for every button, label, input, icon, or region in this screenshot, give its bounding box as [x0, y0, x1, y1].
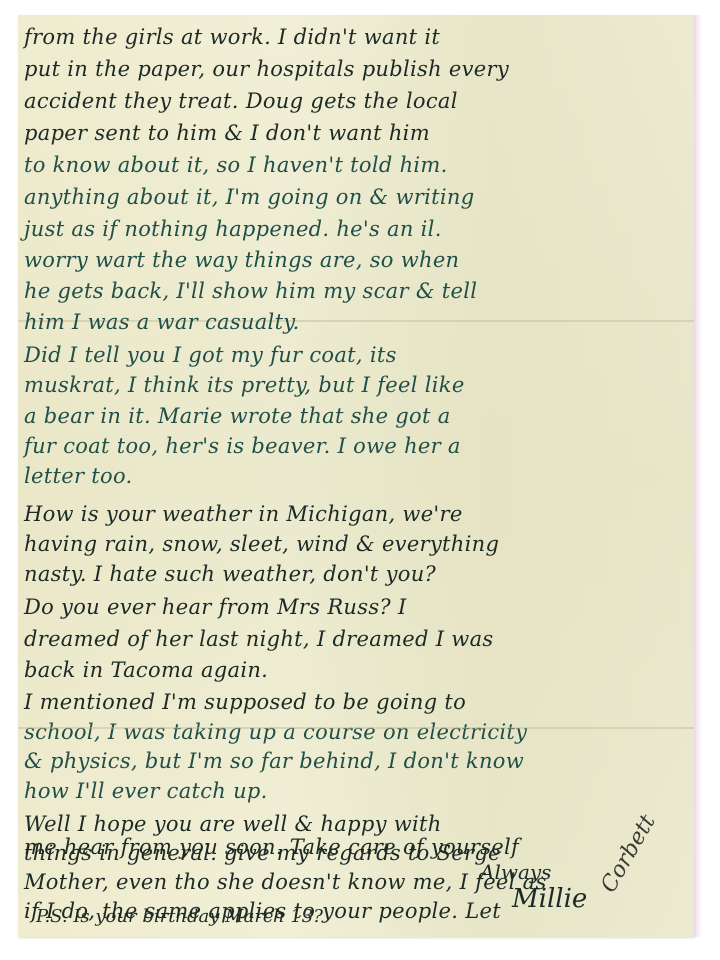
letter-line: Did I tell you I got my fur coat, its: [24, 343, 397, 367]
letter-line: nasty. I hate such weather, don't you?: [24, 562, 436, 586]
signature-first-name: Millie: [512, 884, 587, 914]
letter-line: from the girls at work. I didn't want it: [24, 25, 440, 49]
letter-line: paper sent to him & I don't want him: [24, 121, 430, 145]
letter-page: from the girls at work. I didn't want it…: [18, 15, 694, 937]
letter-line: him I was a war casualty.: [24, 310, 300, 334]
letter-line: letter too.: [24, 464, 133, 488]
letter-line: Well I hope you are well & happy with: [24, 812, 442, 836]
letter-line: accident they treat. Doug gets the local: [24, 89, 458, 113]
letter-line: Mother, even tho she doesn't know me, I …: [24, 870, 547, 894]
letter-line: I mentioned I'm supposed to be going to: [24, 690, 466, 714]
letter-line: & physics, but I'm so far behind, I don'…: [24, 749, 524, 773]
letter-line: muskrat, I think its pretty, but I feel …: [24, 373, 465, 397]
letter-line: having rain, snow, sleet, wind & everyth…: [24, 532, 499, 556]
letter-line: Do you ever hear from Mrs Russ? I: [24, 595, 407, 619]
letter-line: dreamed of her last night, I dreamed I w…: [24, 627, 493, 651]
letter-line: he gets back, I'll show him my scar & te…: [24, 279, 477, 303]
letter-line: worry wart the way things are, so when: [24, 248, 459, 272]
letter-line: how I'll ever catch up.: [24, 779, 268, 803]
postscript: P.S. Is your birthday March 13?: [36, 906, 323, 927]
letter-line: a bear in it. Marie wrote that she got a: [24, 404, 451, 428]
letter-line: fur coat too, her's is beaver. I owe her…: [24, 434, 461, 458]
closing-text: Always: [480, 860, 551, 884]
page-edge-shadow: [694, 15, 702, 937]
letter-line: school, I was taking up a course on elec…: [24, 720, 527, 744]
letter-line: me hear from you soon. Take care of your…: [24, 835, 519, 859]
letter-line: How is your weather in Michigan, we're: [24, 502, 463, 526]
letter-line: just as if nothing happened. he's an il.: [24, 217, 442, 241]
letter-line: anything about it, I'm going on & writin…: [24, 185, 474, 209]
letter-line: back in Tacoma again.: [24, 658, 268, 682]
letter-line: put in the paper, our hospitals publish …: [24, 57, 509, 81]
letter-line: to know about it, so I haven't told him.: [24, 153, 448, 177]
